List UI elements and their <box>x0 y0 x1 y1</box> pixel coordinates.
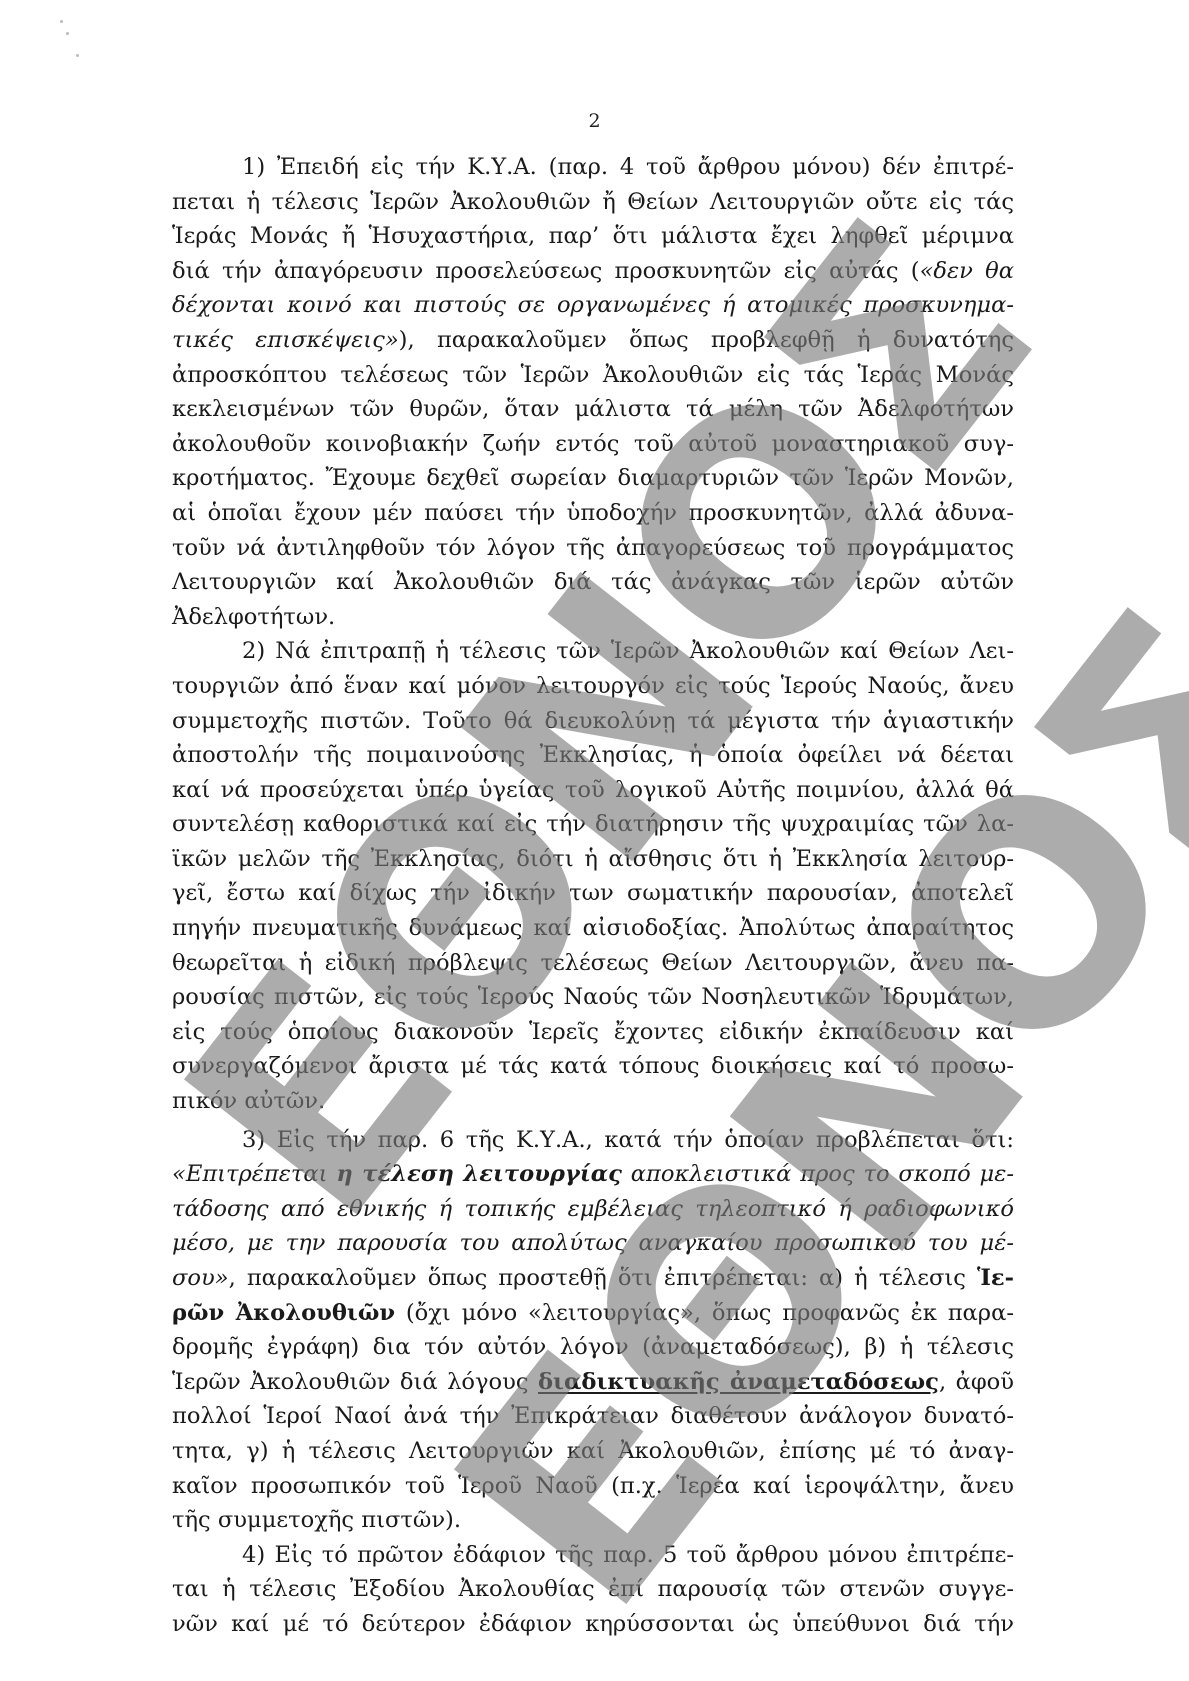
text-segment: καῖον προσωπικόν τοῦ Ἱεροῦ Ναοῦ (π.χ. Ἱε… <box>172 1473 1014 1499</box>
text-segment: Λειτουργιῶν καί Ἀκολουθιῶν διά τάς ἀνάγκ… <box>172 569 1014 595</box>
text-segment: πολλοί Ἱεροί Ναοί ἀνά τήν Ἐπικράτειαν δι… <box>172 1403 1014 1429</box>
text-line: 4) Εἰς τό πρῶτον ἐδάφιον τῆς παρ. 5 τοῦ … <box>172 1538 1014 1573</box>
text-segment: Ἱερῶν Ἀκολουθιῶν διά λόγους <box>172 1369 538 1395</box>
text-segment-bold: Ἱε- <box>977 1265 1014 1291</box>
text-line: γεῖ, ἔστω καί δίχως τήν ἰδικήν των σωματ… <box>172 876 1014 911</box>
text-segment: ἀπροσκόπτου τελέσεως τῶν Ἱερῶν Ἀκολουθιῶ… <box>172 362 1014 388</box>
text-line: πικόν αὐτῶν. <box>172 1084 1014 1119</box>
letter-body: 1) Ἐπειδή εἰς τήν Κ.Υ.Α. (παρ. 4 τοῦ ἄρθ… <box>172 150 1014 1642</box>
text-segment: γεῖ, ἔστω καί δίχως τήν ἰδικήν των σωματ… <box>172 880 1014 906</box>
text-segment: ἀποστολήν τῆς ποιμαινούσης Ἐκκλησίας, ἡ … <box>172 742 1014 768</box>
text-segment: , ἀφοῦ <box>939 1369 1014 1395</box>
scan-speck <box>60 20 63 23</box>
text-segment: διά τήν ἀπαγόρευσιν προσελεύσεως προσκυν… <box>172 258 920 284</box>
text-line: ἀποστολήν τῆς ποιμαινούσης Ἐκκλησίας, ἡ … <box>172 738 1014 773</box>
text-line: ἀπροσκόπτου τελέσεως τῶν Ἱερῶν Ἀκολουθιῶ… <box>172 358 1014 393</box>
text-segment: συντελέσῃ καθοριστικά καί εἰς τήν διατήρ… <box>172 811 1014 837</box>
text-line: συντελέσῃ καθοριστικά καί εἰς τήν διατήρ… <box>172 807 1014 842</box>
text-segment: πικόν αὐτῶν. <box>172 1088 325 1114</box>
text-segment: 4) Εἰς τό πρῶτον ἐδάφιον τῆς παρ. 5 τοῦ … <box>242 1542 1014 1568</box>
text-segment-italic: μέσο, με την παρουσία του απολύτως αναγκ… <box>172 1230 1014 1256</box>
text-line: συμμετοχῆς πιστῶν. Τοῦτο θά διευκολύνῃ τ… <box>172 704 1014 739</box>
text-line: 1) Ἐπειδή εἰς τήν Κ.Υ.Α. (παρ. 4 τοῦ ἄρθ… <box>172 150 1014 185</box>
text-segment: τῆς συμμετοχῆς πιστῶν). <box>172 1507 461 1533</box>
text-line: Λειτουργιῶν καί Ἀκολουθιῶν διά τάς ἀνάγκ… <box>172 565 1014 600</box>
text-line: 2) Νά ἐπιτραπῇ ἡ τέλεσις τῶν Ἱερῶν Ἀκολο… <box>172 634 1014 669</box>
text-segment-italic: τικές επισκέψεις» <box>172 327 399 353</box>
document-page: 2 1) Ἐπειδή εἰς τήν Κ.Υ.Α. (παρ. 4 τοῦ ἄ… <box>0 0 1189 1681</box>
text-segment-italic: τάδοσης από εθνικής ή τοπικής εμβέλειας … <box>172 1196 1014 1222</box>
text-line: τάδοσης από εθνικής ή τοπικής εμβέλειας … <box>172 1192 1014 1227</box>
text-segment-italic: «Επιτρέπεται <box>172 1161 336 1187</box>
text-segment: συνεργαζόμενοι ἄριστα μέ τάς κατά τόπους… <box>172 1053 1014 1079</box>
text-line: εἰς τούς ὁποίους διακονοῦν Ἱερεῖς ἔχοντε… <box>172 1015 1014 1050</box>
text-segment: τοῦν νά ἀντιληφθοῦν τόν λόγον τῆς ἀπαγορ… <box>172 535 1014 561</box>
text-line: σου», παρακαλοῦμεν ὅπως προστεθῇ ὅτι ἐπι… <box>172 1261 1014 1296</box>
text-line: πεται ἡ τέλεσις Ἱερῶν Ἀκολουθιῶν ἤ Θείων… <box>172 185 1014 220</box>
text-line: καί νά προσεύχεται ὑπέρ ὑγείας τοῦ λογικ… <box>172 773 1014 808</box>
text-segment: συμμετοχῆς πιστῶν. Τοῦτο θά διευκολύνῃ τ… <box>172 708 1014 734</box>
text-line: κεκλεισμένων τῶν θυρῶν, ὅταν μάλιστα τά … <box>172 392 1014 427</box>
text-segment: 2) Νά ἐπιτραπῇ ἡ τέλεσις τῶν Ἱερῶν Ἀκολο… <box>242 638 1014 664</box>
text-segment: ρουσίας πιστῶν, εἰς τούς Ἱερούς Ναούς τῶ… <box>172 984 1014 1010</box>
text-line: νῶν καί μέ τό δεύτερον ἐδάφιον κηρύσσοντ… <box>172 1607 1014 1642</box>
text-segment: ), παρακαλοῦμεν ὅπως προβλεφθῇ ἡ δυνατότ… <box>399 327 1014 353</box>
text-line: πηγήν πνευματικῆς δυνάμεως καί αἰσιοδοξί… <box>172 911 1014 946</box>
text-line: κροτήματος. Ἔχουμε δεχθεῖ σωρείαν διαμαρ… <box>172 461 1014 496</box>
scan-speck <box>76 54 79 57</box>
text-segment: τουργιῶν ἀπό ἕναν καί μόνον λειτουργόν ε… <box>172 673 1014 699</box>
text-segment-italic: σου» <box>172 1265 229 1291</box>
text-segment-bold: ρῶν Ἀκολουθιῶν <box>172 1300 395 1326</box>
text-line: συνεργαζόμενοι ἄριστα μέ τάς κατά τόπους… <box>172 1049 1014 1084</box>
text-segment: ϊκῶν μελῶν τῆς Ἐκκλησίας, διότι ἡ αἴσθησ… <box>172 846 1014 872</box>
text-segment: εἰς τούς ὁποίους διακονοῦν Ἱερεῖς ἔχοντε… <box>172 1019 1014 1045</box>
text-segment: πηγήν πνευματικῆς δυνάμεως καί αἰσιοδοξί… <box>172 915 1014 941</box>
text-line: ρῶν Ἀκολουθιῶν (ὄχι μόνο «λειτουργίας», … <box>172 1296 1014 1331</box>
text-line: τῆς συμμετοχῆς πιστῶν). <box>172 1503 1014 1538</box>
text-segment-italic: «δεν θα <box>920 258 1014 284</box>
text-segment: τητα, γ) ἡ τέλεσις Λειτουργιῶν καί Ἀκολο… <box>172 1438 1014 1464</box>
page-number: 2 <box>0 110 1189 132</box>
text-segment: κροτήματος. Ἔχουμε δεχθεῖ σωρείαν διαμαρ… <box>172 465 1014 491</box>
text-line: 3) Εἰς τήν παρ. 6 τῆς Κ.Υ.Α., κατά τήν ὁ… <box>172 1123 1014 1158</box>
text-segment: Ἱεράς Μονάς ἤ Ἡσυχαστήρια, παρ’ ὅτι μάλι… <box>172 223 1014 249</box>
text-line: μέσο, με την παρουσία του απολύτως αναγκ… <box>172 1226 1014 1261</box>
text-line: «Επιτρέπεται η τέλεση λειτουργίας αποκλε… <box>172 1157 1014 1192</box>
text-segment: (ὄχι μόνο «λειτουργίας», ὅπως προφανῶς ἐ… <box>395 1300 1014 1326</box>
text-segment: ἀκολουθοῦν κοινοβιακήν ζωήν εντός τοῦ αὐ… <box>172 431 1014 457</box>
text-segment: ται ἡ τέλεσις Ἐξοδίου Ἀκολουθίας ἐπί παρ… <box>172 1576 1014 1602</box>
text-line: ϊκῶν μελῶν τῆς Ἐκκλησίας, διότι ἡ αἴσθησ… <box>172 842 1014 877</box>
text-segment: καί νά προσεύχεται ὑπέρ ὑγείας τοῦ λογικ… <box>172 777 1014 803</box>
text-segment: νῶν καί μέ τό δεύτερον ἐδάφιον κηρύσσοντ… <box>172 1611 1014 1637</box>
text-segment-bolditalic: η τέλεση λειτουργίας <box>336 1161 622 1187</box>
text-line: τητα, γ) ἡ τέλεσις Λειτουργιῶν καί Ἀκολο… <box>172 1434 1014 1469</box>
text-line: θεωρεῖται ἡ εἰδική πρόβλεψις τελέσεως Θε… <box>172 946 1014 981</box>
text-line: Ἀδελφοτήτων. <box>172 600 1014 635</box>
text-line: Ἱεράς Μονάς ἤ Ἡσυχαστήρια, παρ’ ὅτι μάλι… <box>172 219 1014 254</box>
text-line: ρουσίας πιστῶν, εἰς τούς Ἱερούς Ναούς τῶ… <box>172 980 1014 1015</box>
text-line: Ἱερῶν Ἀκολουθιῶν διά λόγους διαδικτυακῆς… <box>172 1365 1014 1400</box>
text-segment-italic: δέχονται κοινό και πιστούς σε οργανωμένε… <box>172 292 1014 318</box>
text-line: ἀκολουθοῦν κοινοβιακήν ζωήν εντός τοῦ αὐ… <box>172 427 1014 462</box>
text-line: τουργιῶν ἀπό ἕναν καί μόνον λειτουργόν ε… <box>172 669 1014 704</box>
text-segment-boldunder: διαδικτυακῆς ἀναμεταδόσεως <box>538 1369 939 1395</box>
text-line: τοῦν νά ἀντιληφθοῦν τόν λόγον τῆς ἀπαγορ… <box>172 531 1014 566</box>
text-segment: 1) Ἐπειδή εἰς τήν Κ.Υ.Α. (παρ. 4 τοῦ ἄρθ… <box>242 154 1014 180</box>
text-line: αἱ ὁποῖαι ἔχουν μέν παύσει τήν ὑποδοχήν … <box>172 496 1014 531</box>
text-segment: πεται ἡ τέλεσις Ἱερῶν Ἀκολουθιῶν ἤ Θείων… <box>172 189 1014 215</box>
text-segment-italic: αποκλειστικά προς το σκοπό με- <box>622 1161 1014 1187</box>
text-segment: κεκλεισμένων τῶν θυρῶν, ὅταν μάλιστα τά … <box>172 396 1014 422</box>
text-segment: αἱ ὁποῖαι ἔχουν μέν παύσει τήν ὑποδοχήν … <box>172 500 1014 526</box>
text-segment: δρομῆς ἐγράφη) δια τόν αὐτόν λόγον (ἀναμ… <box>172 1334 1014 1360</box>
text-line: καῖον προσωπικόν τοῦ Ἱεροῦ Ναοῦ (π.χ. Ἱε… <box>172 1469 1014 1504</box>
text-line: δέχονται κοινό και πιστούς σε οργανωμένε… <box>172 288 1014 323</box>
text-segment: θεωρεῖται ἡ εἰδική πρόβλεψις τελέσεως Θε… <box>172 950 1014 976</box>
text-line: πολλοί Ἱεροί Ναοί ἀνά τήν Ἐπικράτειαν δι… <box>172 1399 1014 1434</box>
text-line: τικές επισκέψεις»), παρακαλοῦμεν ὅπως πρ… <box>172 323 1014 358</box>
text-line: διά τήν ἀπαγόρευσιν προσελεύσεως προσκυν… <box>172 254 1014 289</box>
text-line: δρομῆς ἐγράφη) δια τόν αὐτόν λόγον (ἀναμ… <box>172 1330 1014 1365</box>
text-line: ται ἡ τέλεσις Ἐξοδίου Ἀκολουθίας ἐπί παρ… <box>172 1572 1014 1607</box>
text-segment: 3) Εἰς τήν παρ. 6 τῆς Κ.Υ.Α., κατά τήν ὁ… <box>242 1127 1014 1153</box>
text-segment: , παρακαλοῦμεν ὅπως προστεθῇ ὅτι ἐπιτρέπ… <box>229 1265 977 1291</box>
scan-speck <box>66 32 69 35</box>
text-segment: Ἀδελφοτήτων. <box>172 604 335 630</box>
